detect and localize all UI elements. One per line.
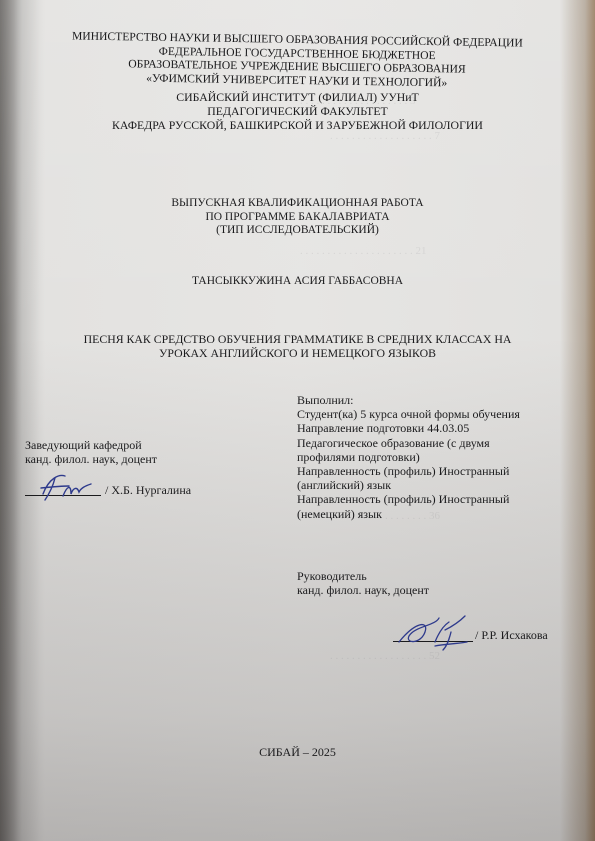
handwritten-signature-icon	[395, 612, 475, 652]
performer-info: Выполнил: Студент(ка) 5 курса очной форм…	[297, 393, 557, 521]
head-signature-row: / Х.Б. Нургалина	[25, 472, 245, 502]
work-type-line: ВЫПУСКНАЯ КВАЛИФИКАЦИОННАЯ РАБОТА	[0, 197, 595, 211]
performer-line: Направленность (профиль) Иностранный	[297, 492, 557, 506]
supervisor-name: / Р.Р. Исхакова	[475, 628, 548, 643]
supervisor-signature-row: / Р.Р. Исхакова	[393, 612, 563, 652]
performer-line: Студент(ка) 5 курса очной формы обучения	[297, 407, 557, 421]
department-line: КАФЕДРА РУССКОЙ, БАШКИРСКОЙ И ЗАРУБЕЖНОЙ…	[0, 119, 595, 133]
supervisor-degree: канд. филол. наук, доцент	[297, 583, 557, 597]
title-line: УРОКАХ АНГЛИЙСКОГО И НЕМЕЦКОГО ЯЗЫКОВ	[0, 346, 595, 360]
performer-line: (английский) язык	[297, 478, 557, 492]
thesis-title: ПЕСНЯ КАК СРЕДСТВО ОБУЧЕНИЯ ГРАММАТИКЕ В…	[0, 332, 595, 360]
handwritten-signature-icon	[35, 472, 105, 502]
head-name: / Х.Б. Нургалина	[105, 483, 191, 497]
supervisor-role: Руководитель	[297, 569, 557, 583]
work-type: ВЫПУСКНАЯ КВАЛИФИКАЦИОННАЯ РАБОТА ПО ПРО…	[0, 197, 595, 238]
author-name: ТАНСЫККУЖИНА АСИЯ ГАББАСОВНА	[0, 275, 595, 289]
faculty-line: ПЕДАГОГИЧЕСКИЙ ФАКУЛЬТЕТ	[0, 105, 595, 119]
performer-line: профилями подготовки)	[297, 450, 557, 464]
institute-header: СИБАЙСКИЙ ИНСТИТУТ (ФИЛИАЛ) УУНиТ ПЕДАГО…	[0, 91, 595, 132]
work-type-line: (ТИП ИССЛЕДОВАТЕЛЬСКИЙ)	[0, 224, 595, 238]
performer-line: Выполнил:	[297, 393, 557, 407]
performer-line: Педагогическое образование (с двумя	[297, 436, 557, 450]
performer-line: Направленность (профиль) Иностранный	[297, 464, 557, 478]
city-year: СИБАЙ – 2025	[0, 745, 595, 760]
work-type-line: ПО ПРОГРАММЕ БАКАЛАВРИАТА	[0, 211, 595, 225]
performer-line: (немецкий) язык	[297, 507, 557, 521]
supervisor-info: Руководитель канд. филол. наук, доцент	[297, 569, 557, 597]
show-through-text: . . . . . . . . . . . . . . . . . . . . …	[300, 245, 427, 257]
title-line: ПЕСНЯ КАК СРЕДСТВО ОБУЧЕНИЯ ГРАММАТИКЕ В…	[0, 332, 595, 346]
ministry-header: МИНИСТЕРСТВО НАУКИ И ВЫСШЕГО ОБРАЗОВАНИЯ…	[0, 28, 595, 91]
head-role: Заведующий кафедрой	[25, 438, 245, 452]
head-of-department: Заведующий кафедрой канд. филол. наук, д…	[25, 438, 245, 502]
head-degree: канд. филол. наук, доцент	[25, 452, 245, 466]
institute-line: СИБАЙСКИЙ ИНСТИТУТ (ФИЛИАЛ) УУНиТ	[0, 91, 595, 105]
performer-line: Направление подготовки 44.03.05	[297, 421, 557, 435]
document-page: . . . . . . . . . . . . . . . . . . . . …	[0, 0, 595, 841]
